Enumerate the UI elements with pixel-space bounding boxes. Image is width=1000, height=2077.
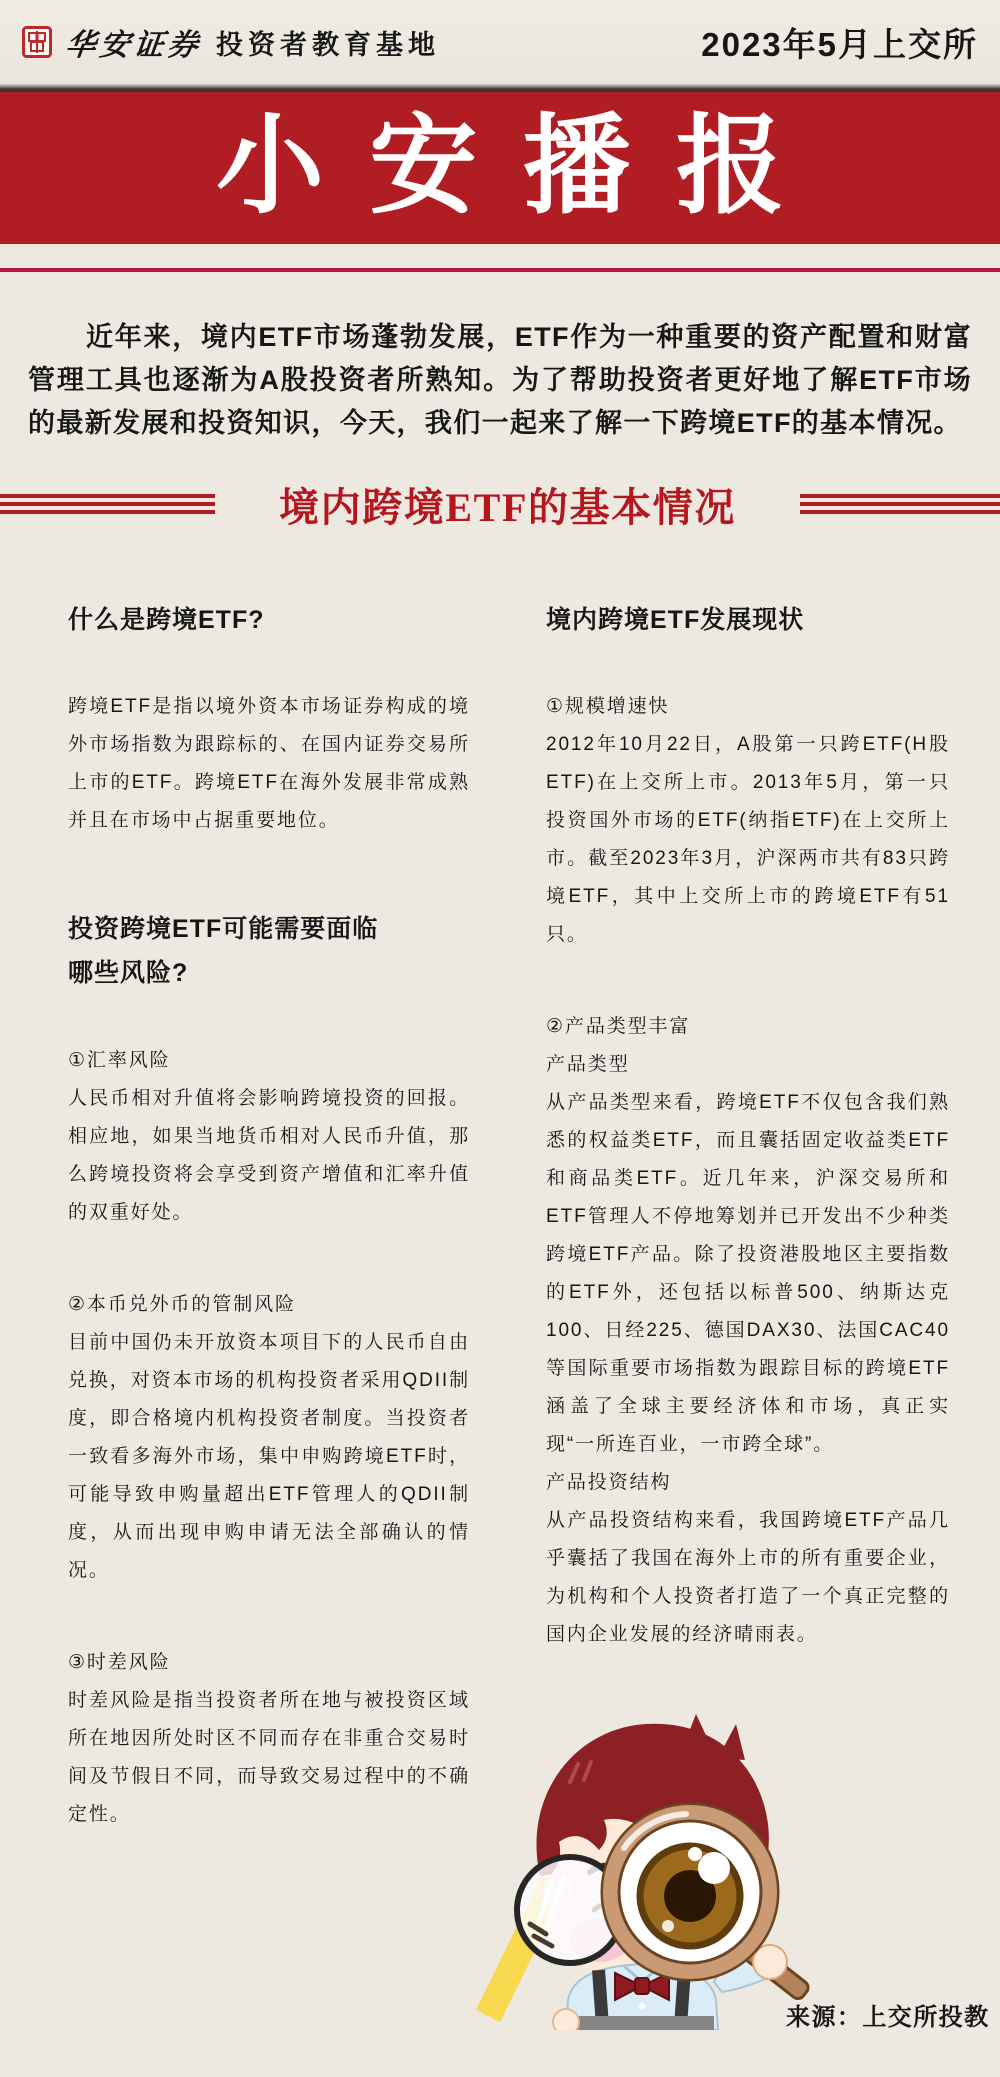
product-type-label: 产品类型 <box>546 1046 950 1084</box>
risk-3-body: 时差风险是指当投资者所在地与被投资区域所在地因所处时区不同而存在非重合交易时间及… <box>68 1682 470 1834</box>
brand-name: 华安证券 <box>64 20 205 64</box>
risk-2-label: ②本币兑外币的管制风险 <box>68 1286 470 1324</box>
what-is-body: 跨境ETF是指以境外资本市场证券构成的境外市场指数为跟踪标的、在国内证券交易所上… <box>68 688 470 840</box>
issue-date: 2023年5月上交所 <box>701 19 978 66</box>
risk-1-body: 人民币相对升值将会影响跨境投资的回报。相应地，如果当地货币相对人民币升值，那么跨… <box>68 1080 470 1232</box>
risk-1-label: ①汇率风险 <box>68 1042 470 1080</box>
boy-with-magnifying-glass <box>418 1698 860 2030</box>
left-heading-risks: 投资跨境ETF可能需要面临 哪些风险? <box>68 908 470 996</box>
status-point-1: ①规模增速快 2012年10月22日，A股第一只跨ETF(H股ETF)在上交所上… <box>546 688 950 954</box>
page-header: 华安证券 投资者教育基地 2023年5月上交所 <box>0 0 1000 84</box>
what-is-body-block: 跨境ETF是指以境外资本市场证券构成的境外市场指数为跟踪标的、在国内证券交易所上… <box>68 688 470 840</box>
header-divider <box>0 84 1000 92</box>
banner-title: 小安播报 <box>171 114 830 222</box>
point-1-label: ①规模增速快 <box>546 688 950 726</box>
accent-rule <box>0 268 1000 272</box>
brand-lockup: 华安证券 投资者教育基地 <box>22 20 440 64</box>
risks-heading-line1: 投资跨境ETF可能需要面临 <box>68 915 378 943</box>
point-2-label: ②产品类型丰富 <box>546 1008 950 1046</box>
huaan-seal-icon <box>22 26 52 58</box>
risks-heading-line2: 哪些风险? <box>68 959 188 987</box>
content-columns: 什么是跨境ETF? 跨境ETF是指以境外资本市场证券构成的境外市场指数为跟踪标的… <box>68 599 950 1888</box>
section-title-row: 境内跨境ETF的基本情况 <box>0 476 1000 533</box>
structure-body: 从产品投资结构来看，我国跨境ETF产品几乎囊括了我国在海外上市的所有重要企业，为… <box>546 1502 950 1654</box>
section-title: 境内跨境ETF的基本情况 <box>215 476 800 533</box>
risk-2-body: 目前中国仍未开放资本项目下的人民币自由兑换，对资本市场的机构投资者采用QDII制… <box>68 1324 470 1590</box>
left-column: 什么是跨境ETF? 跨境ETF是指以境外资本市场证券构成的境外市场指数为跟踪标的… <box>68 599 470 1888</box>
risk-item: ③时差风险 时差风险是指当投资者所在地与被投资区域所在地因所处时区不同而存在非重… <box>68 1644 470 1834</box>
triple-line-right <box>800 494 1000 514</box>
risk-3-label: ③时差风险 <box>68 1644 470 1682</box>
right-heading-status: 境内跨境ETF发展现状 <box>546 599 950 643</box>
risk-item: ①汇率风险 人民币相对升值将会影响跨境投资的回报。相应地，如果当地货币相对人民币… <box>68 1042 470 1232</box>
poster-page: { "header": { "brand_calligraphy": "华安证券… <box>0 0 1000 2077</box>
source-credit: 来源：上交所投教 <box>786 1997 990 2032</box>
banner-gap <box>0 244 1000 268</box>
brand-subtitle: 投资者教育基地 <box>216 23 440 62</box>
red-banner: 小安播报 <box>0 92 1000 244</box>
status-point-2: ②产品类型丰富 产品类型 从产品类型来看，跨境ETF不仅包含我们熟悉的权益类ET… <box>546 1008 950 1654</box>
intro-paragraph: 近年来，境内ETF市场蓬勃发展，ETF作为一种重要的资产配置和财富管理工具也逐渐… <box>28 316 972 446</box>
structure-label: 产品投资结构 <box>546 1464 950 1502</box>
right-column: 境内跨境ETF发展现状 ①规模增速快 2012年10月22日，A股第一只跨ETF… <box>546 599 950 1888</box>
triple-line-left <box>0 494 215 514</box>
left-heading-what-is: 什么是跨境ETF? <box>68 599 470 643</box>
product-type-body: 从产品类型来看，跨境ETF不仅包含我们熟悉的权益类ETF，而且囊括固定收益类ET… <box>546 1084 950 1464</box>
point-1-body: 2012年10月22日，A股第一只跨ETF(H股ETF)在上交所上市。2013年… <box>546 726 950 954</box>
risk-item: ②本币兑外币的管制风险 目前中国仍未开放资本项目下的人民币自由兑换，对资本市场的… <box>68 1286 470 1590</box>
